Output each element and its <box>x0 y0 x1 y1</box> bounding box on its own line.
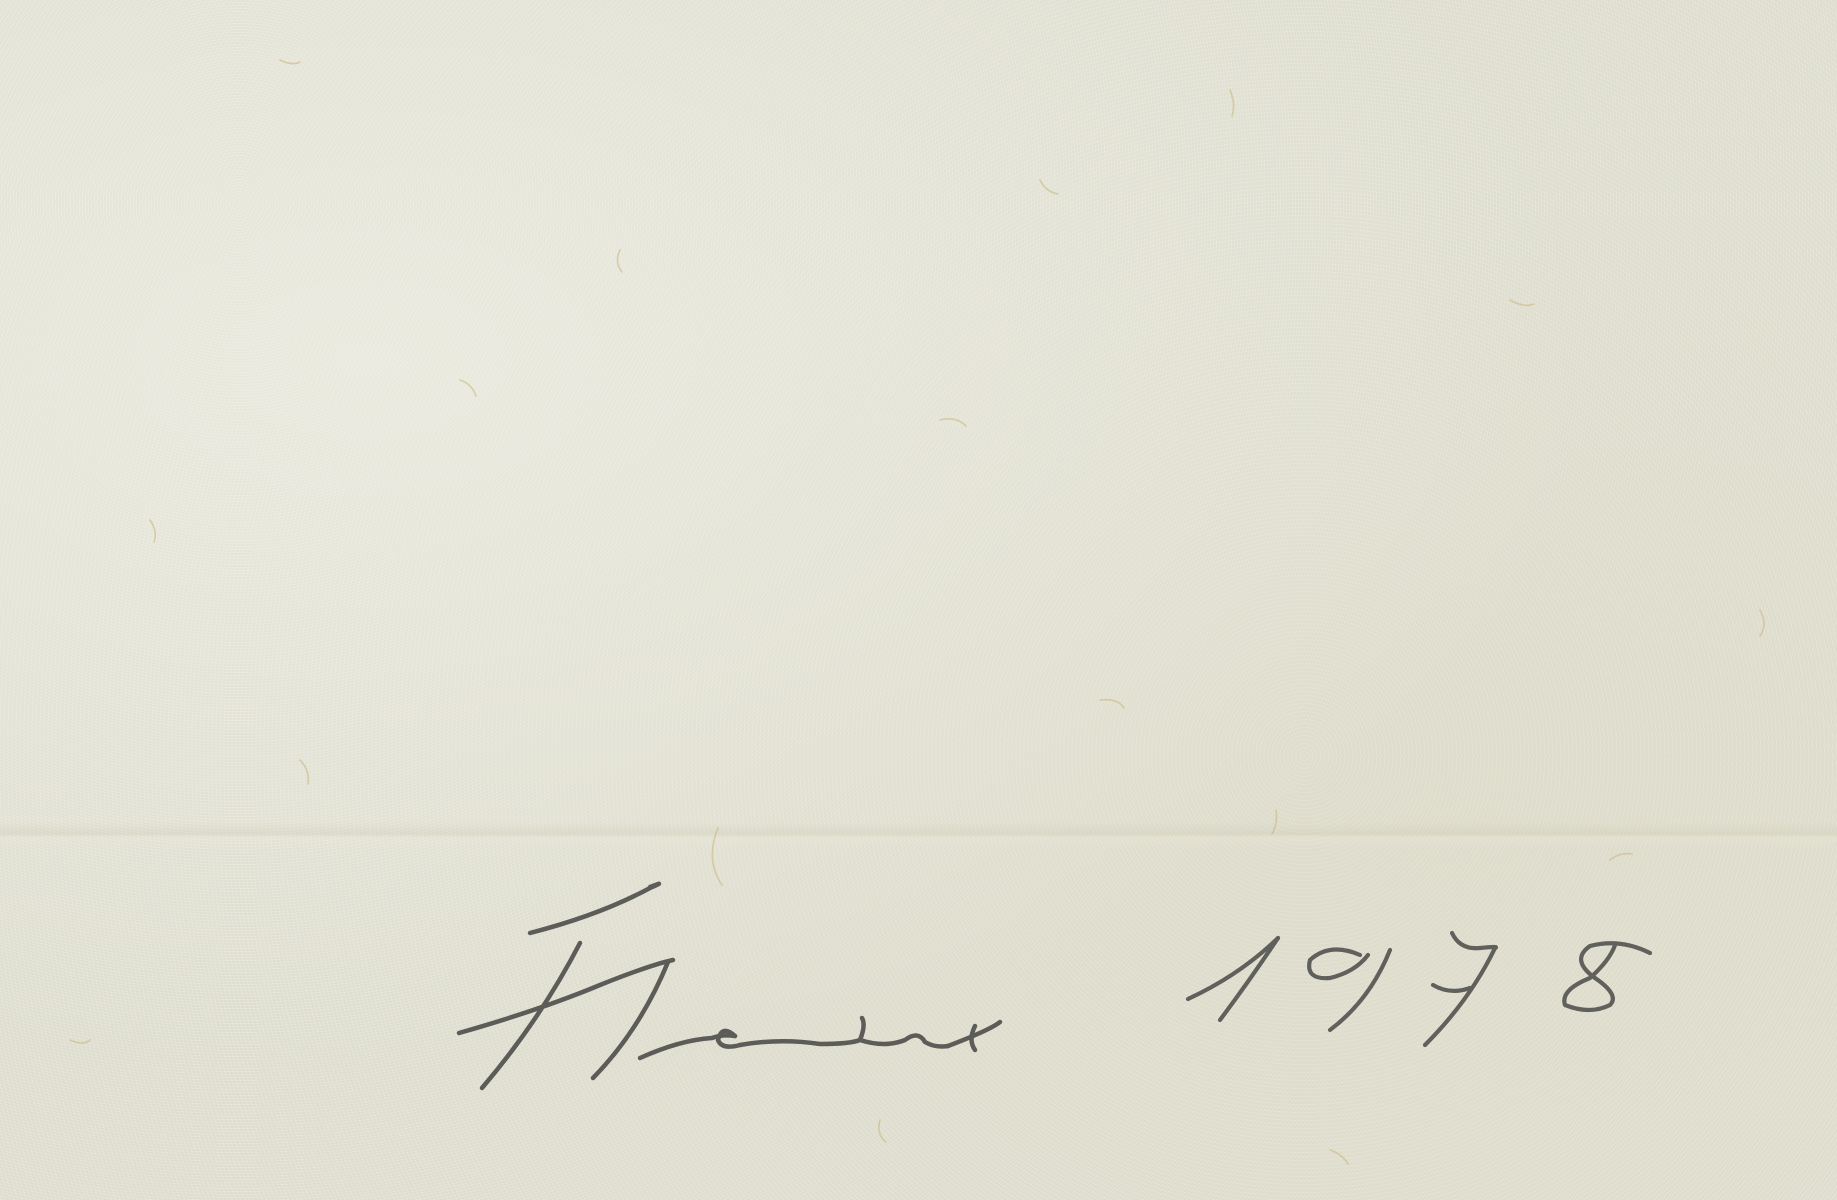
date-strokes <box>0 0 1837 1200</box>
paper-surface: [illegible signature] 1978 <box>0 0 1837 1200</box>
